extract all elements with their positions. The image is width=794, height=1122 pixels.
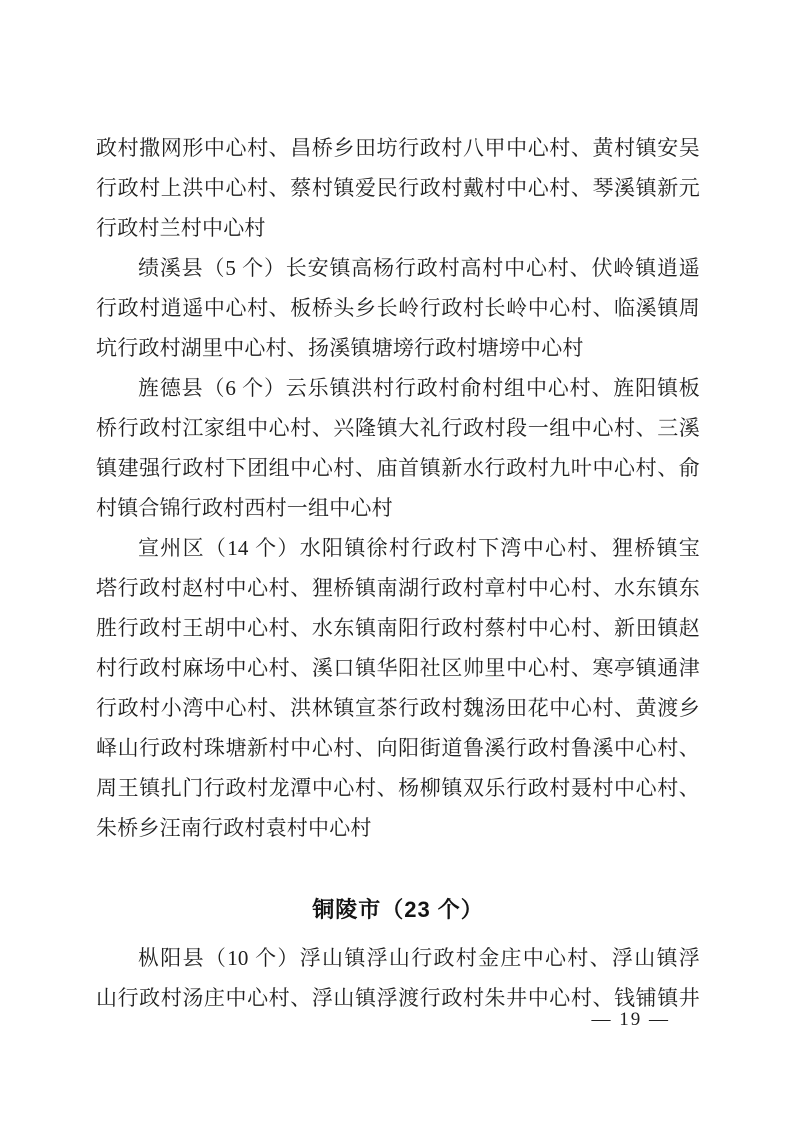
text-line: 枞阳县（10 个）浮山镇浮山行政村金庄中心村、浮山镇浮 bbox=[96, 938, 700, 978]
text-line: 绩溪县（5 个）长安镇高杨行政村高村中心村、伏岭镇逍遥 bbox=[96, 248, 700, 288]
text-line: 行政村小湾中心村、洪林镇宣茶行政村魏汤田花中心村、黄渡乡 bbox=[96, 688, 700, 728]
text-line: 朱桥乡汪南行政村袁村中心村 bbox=[96, 808, 700, 848]
paragraph: 绩溪县（5 个）长安镇高杨行政村高村中心村、伏岭镇逍遥行政村逍遥中心村、板桥头乡… bbox=[96, 248, 700, 368]
text-line: 塔行政村赵村中心村、狸桥镇南湖行政村章村中心村、水东镇东 bbox=[96, 568, 700, 608]
text-line: 胜行政村王胡中心村、水东镇南阳行政村蔡村中心村、新田镇赵 bbox=[96, 608, 700, 648]
text-line: 村行政村麻场中心村、溪口镇华阳社区帅里中心村、寒亭镇通津 bbox=[96, 648, 700, 688]
text-line: 行政村逍遥中心村、板桥头乡长岭行政村长岭中心村、临溪镇周 bbox=[96, 288, 700, 328]
text-line: 行政村上洪中心村、蔡村镇爱民行政村戴村中心村、琴溪镇新元 bbox=[96, 168, 700, 208]
page-number: — 19 — bbox=[592, 1006, 671, 1034]
text-line: 镇建强行政村下团组中心村、庙首镇新水行政村九叶中心村、俞 bbox=[96, 448, 700, 488]
text-line: 政村撒网形中心村、昌桥乡田坊行政村八甲中心村、黄村镇安吴 bbox=[96, 128, 700, 168]
paragraph: 宣州区（14 个）水阳镇徐村行政村下湾中心村、狸桥镇宝塔行政村赵村中心村、狸桥镇… bbox=[96, 528, 700, 848]
document-body: 政村撒网形中心村、昌桥乡田坊行政村八甲中心村、黄村镇安吴行政村上洪中心村、蔡村镇… bbox=[96, 128, 700, 1018]
text-line: 桥行政村江家组中心村、兴隆镇大礼行政村段一组中心村、三溪 bbox=[96, 408, 700, 448]
section-heading: 铜陵市（23 个） bbox=[96, 888, 700, 932]
paragraph: 旌德县（6 个）云乐镇洪村行政村俞村组中心村、旌阳镇板桥行政村江家组中心村、兴隆… bbox=[96, 368, 700, 528]
document-page: 政村撒网形中心村、昌桥乡田坊行政村八甲中心村、黄村镇安吴行政村上洪中心村、蔡村镇… bbox=[0, 0, 794, 1122]
text-line: 周王镇扎门行政村龙潭中心村、杨柳镇双乐行政村聂村中心村、 bbox=[96, 768, 700, 808]
text-line: 行政村兰村中心村 bbox=[96, 208, 700, 248]
paragraph: 政村撒网形中心村、昌桥乡田坊行政村八甲中心村、黄村镇安吴行政村上洪中心村、蔡村镇… bbox=[96, 128, 700, 248]
text-line: 峄山行政村珠塘新村中心村、向阳街道鲁溪行政村鲁溪中心村、 bbox=[96, 728, 700, 768]
text-line: 宣州区（14 个）水阳镇徐村行政村下湾中心村、狸桥镇宝 bbox=[96, 528, 700, 568]
text-line: 坑行政村湖里中心村、扬溪镇塘塝行政村塘塝中心村 bbox=[96, 328, 700, 368]
text-line: 旌德县（6 个）云乐镇洪村行政村俞村组中心村、旌阳镇板 bbox=[96, 368, 700, 408]
text-line: 村镇合锦行政村西村一组中心村 bbox=[96, 488, 700, 528]
